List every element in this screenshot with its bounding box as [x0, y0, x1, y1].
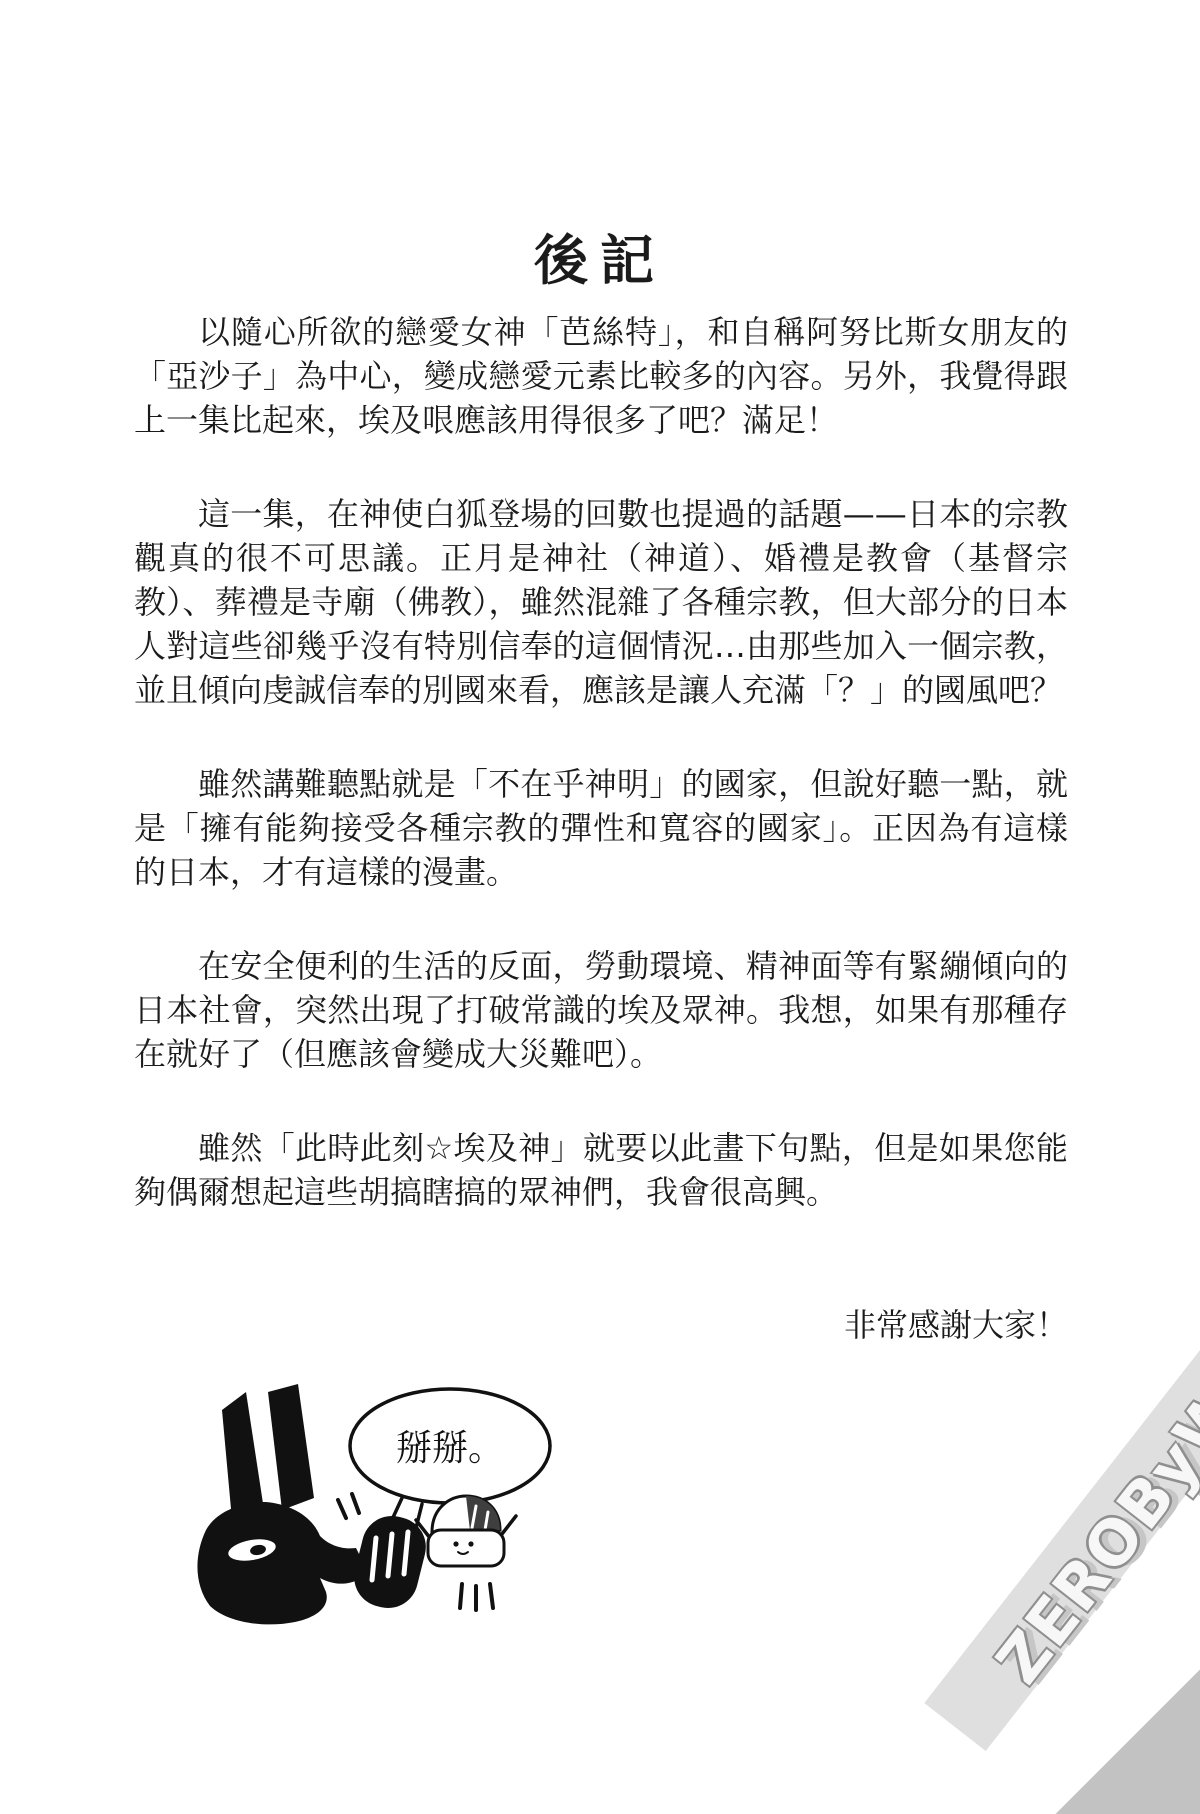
sushi-character-icon: [416, 1496, 516, 1610]
anubis-head-icon: [197, 1384, 368, 1624]
paragraph-4: 在安全便利的生活的反面，勞動環境、精神面等有緊繃傾向的日本社會，突然出現了打破常…: [134, 944, 1068, 1076]
afterword-page: 後記 以隨心所欲的戀愛女神「芭絲特」，和自稱阿努比斯女朋友的「亞沙子」為中心，變…: [0, 0, 1200, 1814]
farewell-illustration: 掰掰。: [170, 1380, 580, 1640]
speech-bubble-text: 掰掰。: [396, 1428, 504, 1469]
paragraph-2: 這一集，在神使白狐登場的回數也提過的話題——日本的宗教觀真的很不可思議。正月是神…: [134, 492, 1068, 712]
motion-lines-icon: [460, 1584, 493, 1610]
thanks-line: 非常感謝大家！: [134, 1303, 1068, 1347]
paragraph-1: 以隨心所欲的戀愛女神「芭絲特」，和自稱阿努比斯女朋友的「亞沙子」為中心，變成戀愛…: [134, 310, 1068, 442]
afterword-body: 以隨心所欲的戀愛女神「芭絲特」，和自稱阿努比斯女朋友的「亞沙子」為中心，變成戀愛…: [134, 310, 1068, 1397]
paragraph-3: 雖然講難聽點就是「不在乎神明」的國家，但說好聽一點，就是「擁有能夠接受各種宗教的…: [134, 762, 1068, 894]
motion-ticks-icon: [338, 1494, 359, 1518]
page-title: 後記: [0, 218, 1200, 295]
paragraph-5: 雖然「此時此刻☆埃及神」就要以此畫下句點，但是如果您能夠偶爾想起這些胡搞瞎搞的眾…: [134, 1126, 1068, 1214]
